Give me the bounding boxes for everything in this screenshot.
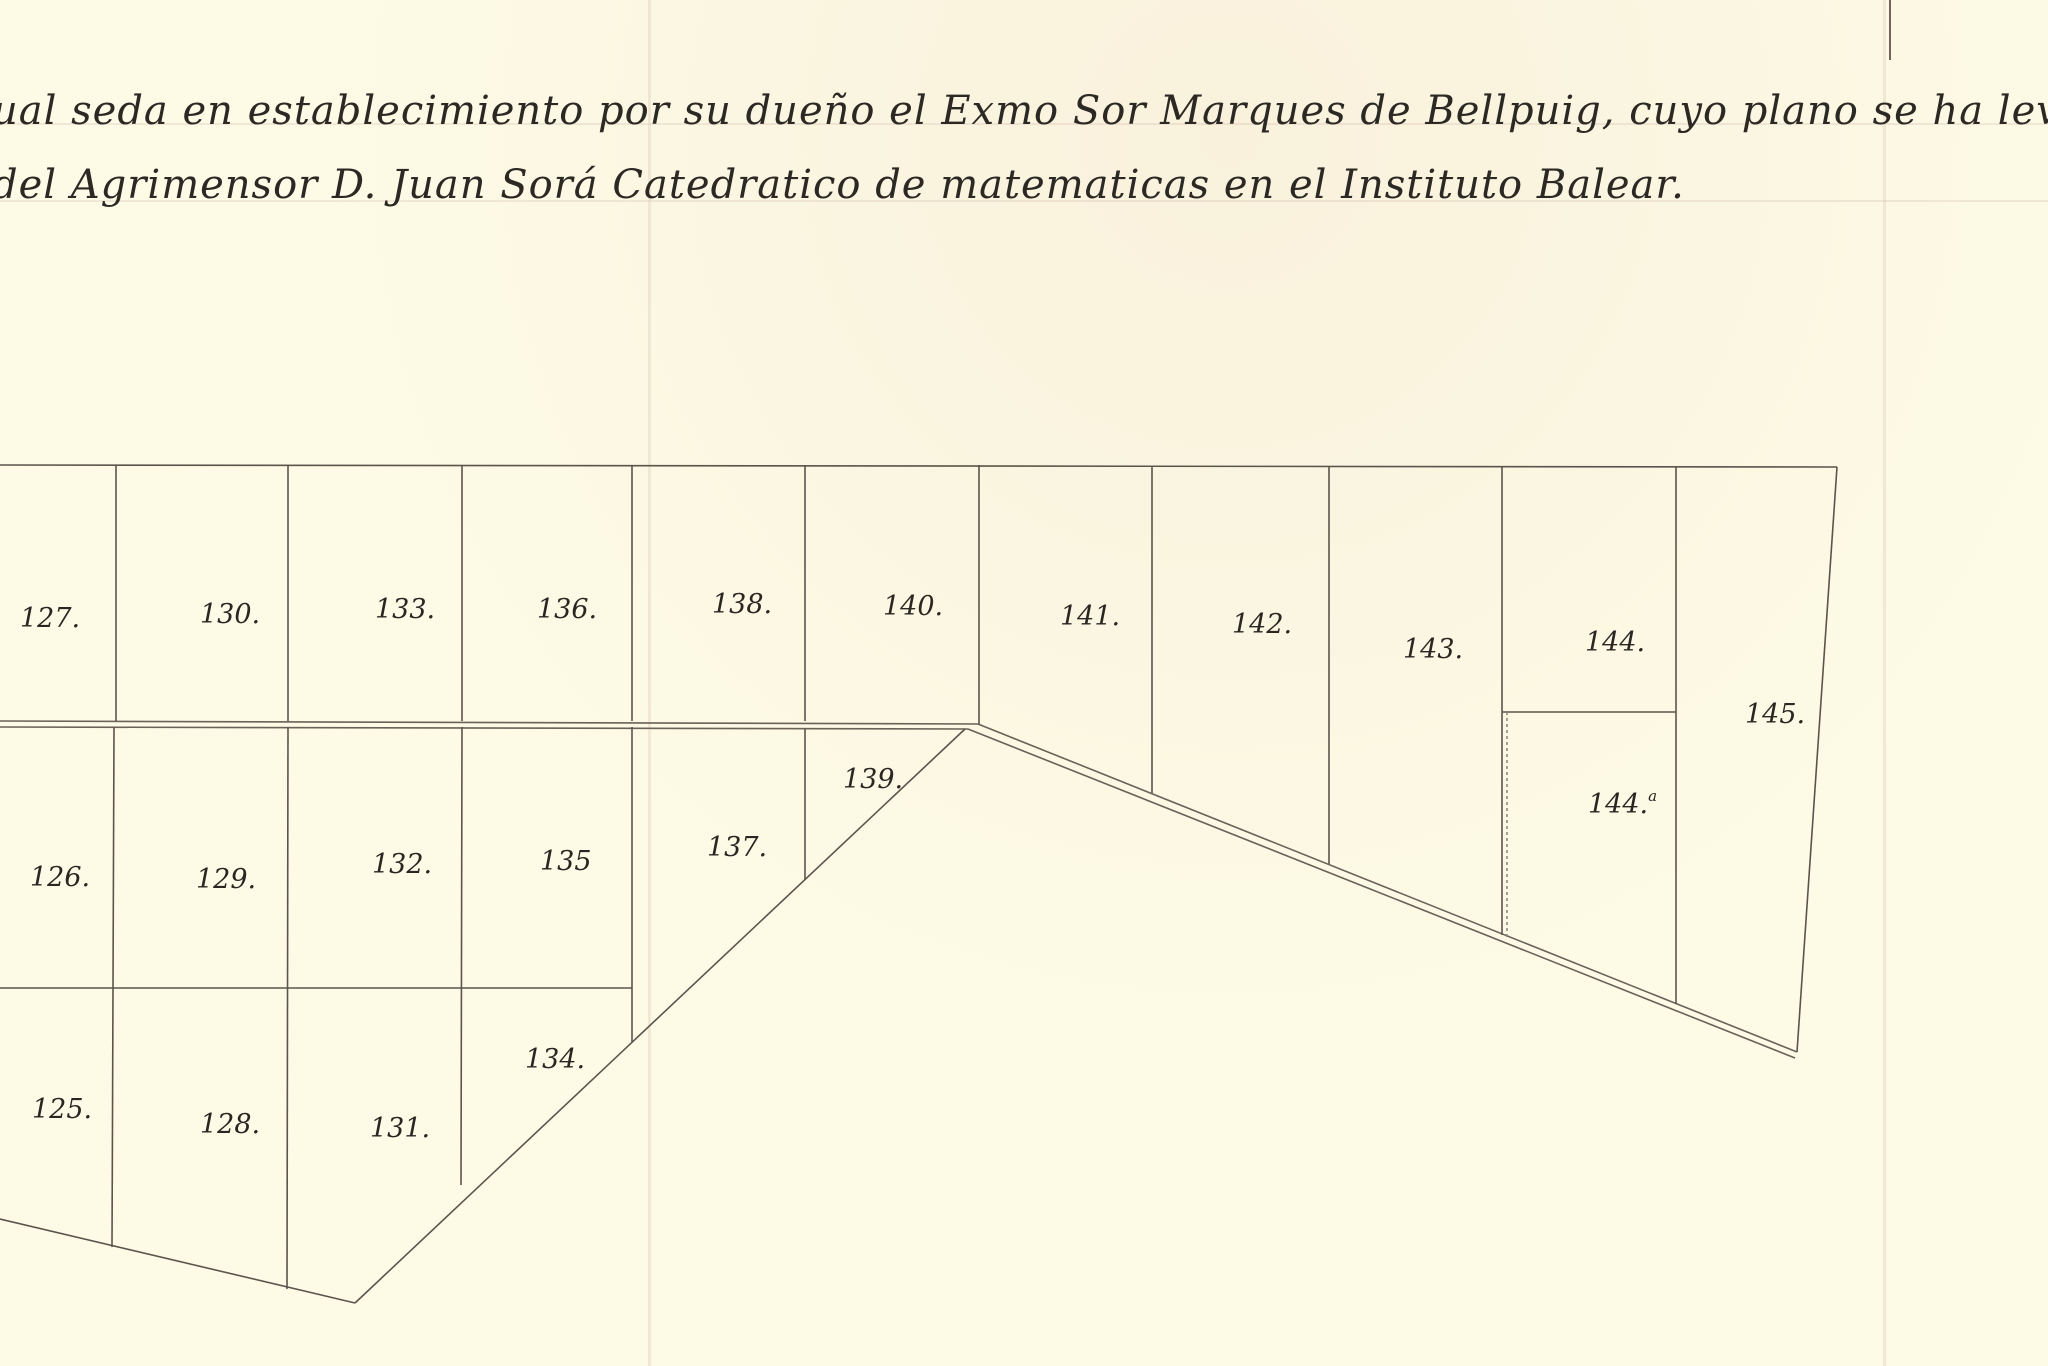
parcel-label-139: 139. — [843, 764, 903, 795]
parcel-label-137: 137. — [707, 832, 767, 863]
parcel-label-144: 144. — [1585, 627, 1645, 658]
parcel-label-138: 138. — [712, 589, 772, 620]
parcel-label-129: 129. — [196, 864, 256, 895]
parcel-label-133: 133. — [375, 594, 435, 625]
parcel-label-135: 135 — [540, 846, 592, 877]
parcel-label-126: 126. — [30, 862, 90, 893]
parcel-label-142: 142. — [1232, 609, 1292, 640]
parcel-label-128: 128. — [200, 1109, 260, 1140]
parcel-label-127: 127. — [20, 603, 80, 634]
parcel-label-145: 145. — [1745, 699, 1805, 730]
parcel-label-132: 132. — [372, 849, 432, 880]
parcel-label-144a: 144.a — [1588, 787, 1657, 820]
parcel-label-130: 130. — [200, 599, 260, 630]
parcel-label-136: 136. — [537, 594, 597, 625]
parcel-label-143: 143. — [1403, 634, 1463, 665]
parcel-label-125: 125. — [32, 1094, 92, 1125]
parcel-label-131: 131. — [370, 1113, 430, 1144]
parcel-label-141: 141. — [1060, 601, 1120, 632]
parcel-label-140: 140. — [883, 591, 943, 622]
parcel-label-134: 134. — [525, 1044, 585, 1075]
cadastral-map: 125.126.127.128.129.130.131.132.133.134.… — [0, 0, 2048, 1366]
